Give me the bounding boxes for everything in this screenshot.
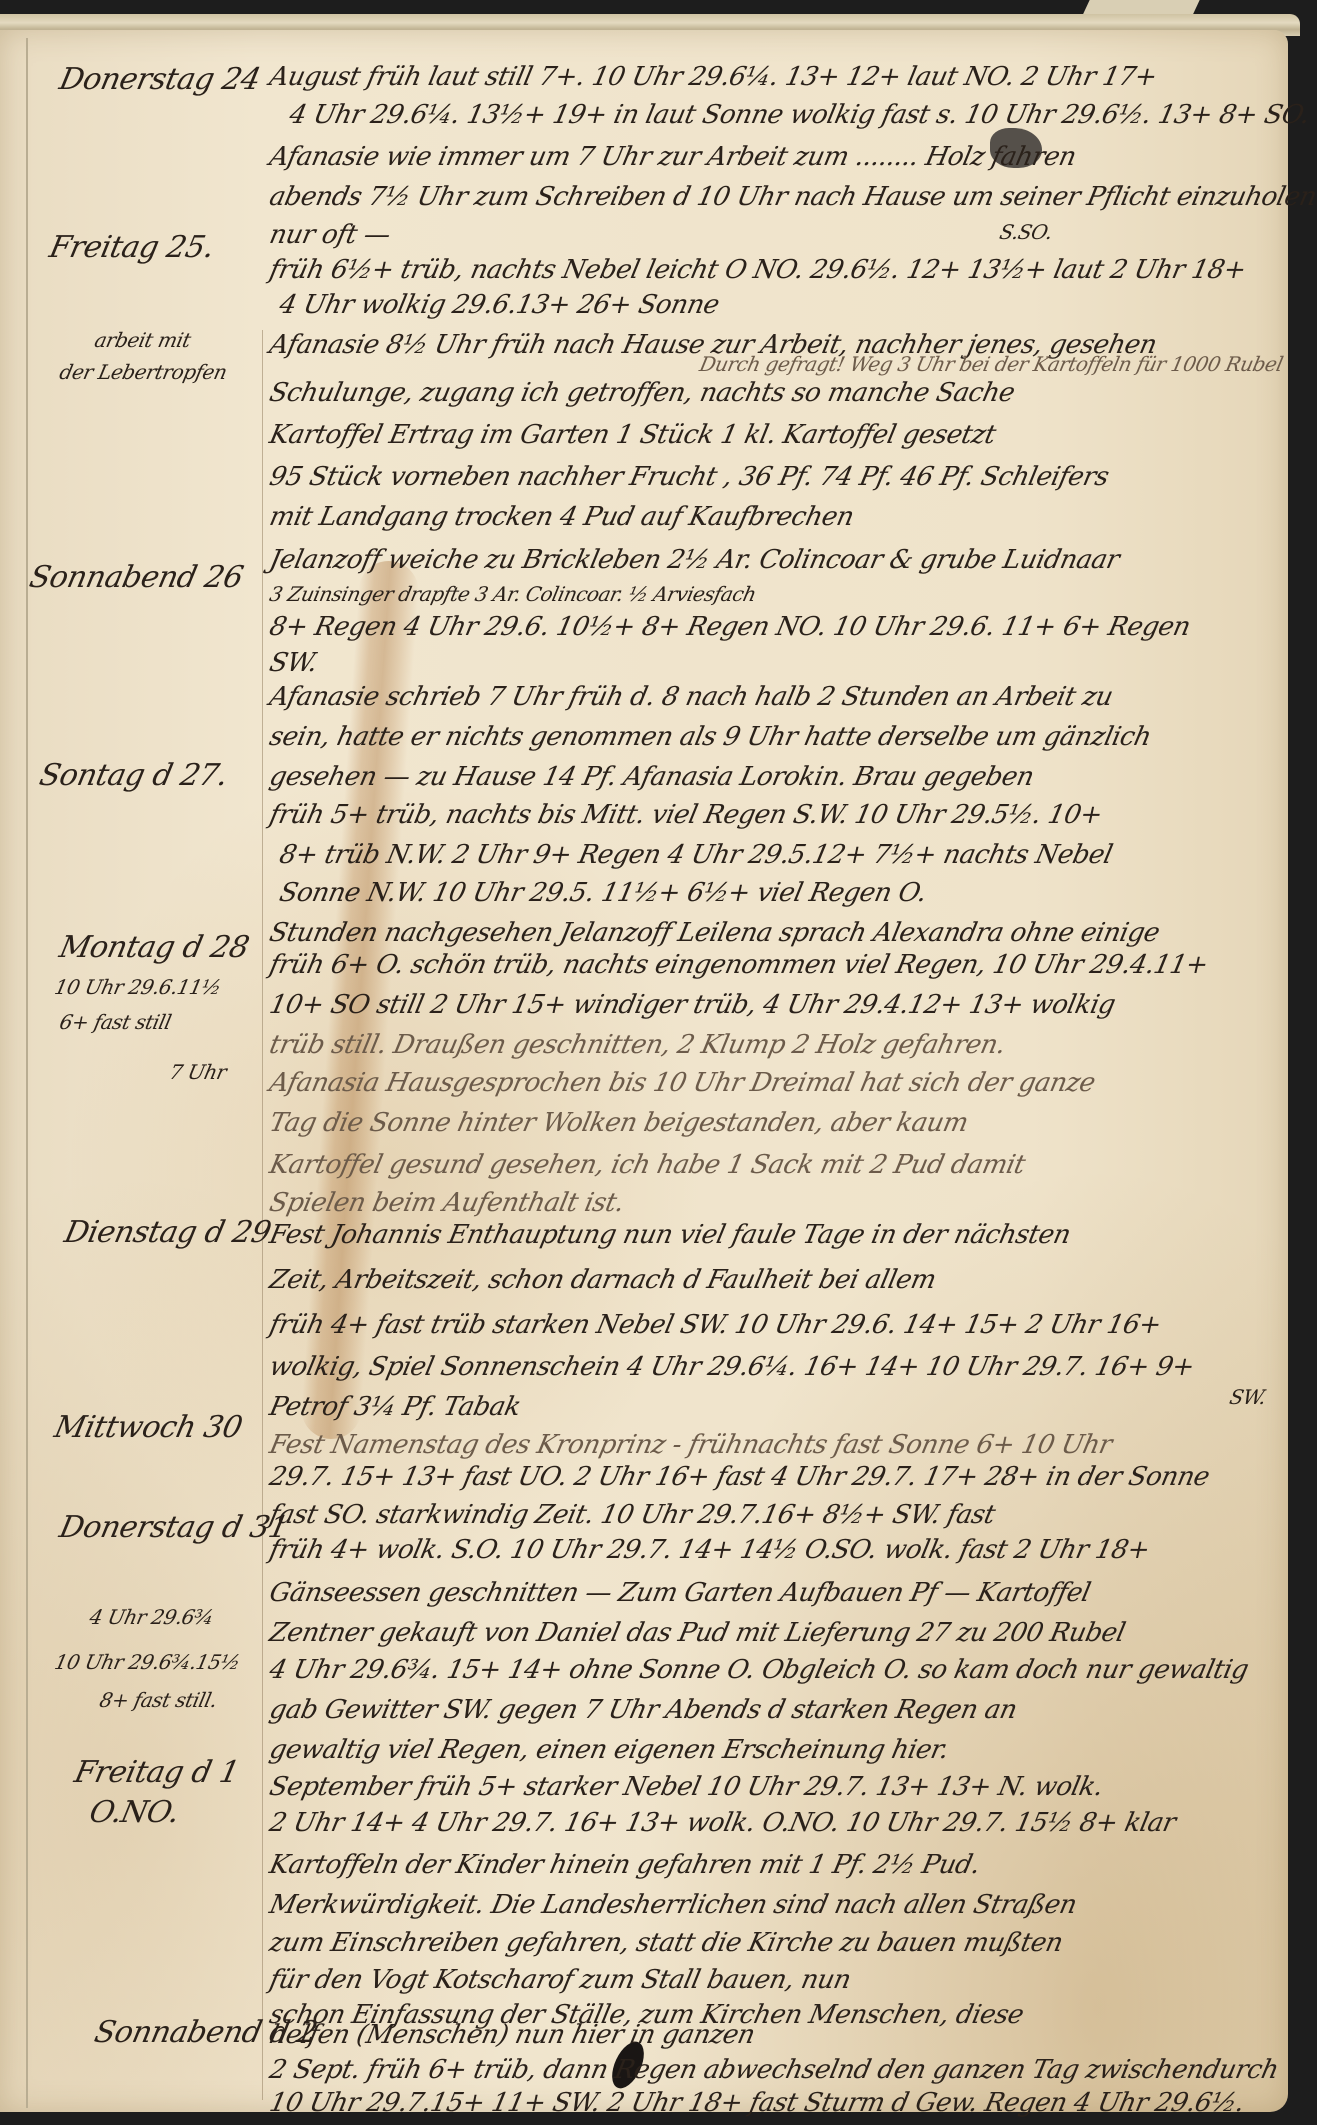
entry-line: früh 5+ trüb, nachts bis Mitt. viel Rege… bbox=[267, 800, 1105, 830]
entry-line: gewaltig viel Regen, einen eigenen Ersch… bbox=[267, 1735, 951, 1765]
margin-note: der Lebertropfen bbox=[57, 360, 229, 384]
entry-line: Sonne N.W. 10 Uhr 29.5. 11½+ 6½+ viel Re… bbox=[277, 878, 929, 908]
margin-date: Montag d 28 bbox=[56, 930, 252, 965]
entry-line: Merkwürdigkeit. Die Landesherrlichen sin… bbox=[267, 1890, 1079, 1920]
margin-date: O.NO. bbox=[86, 1795, 182, 1830]
margin-note: arbeit mit bbox=[92, 328, 192, 352]
entry-line: 4 Uhr 29.6¼. 13½+ 19+ in laut Sonne wolk… bbox=[287, 100, 1313, 130]
entry-line: Kartoffel gesund gesehen, ich habe 1 Sac… bbox=[267, 1150, 1028, 1180]
entry-note: SW. bbox=[1227, 1385, 1268, 1409]
margin-date: Dienstag d 29 bbox=[61, 1215, 274, 1250]
entry-line: sein, hatte er nichts genommen als 9 Uhr… bbox=[267, 722, 1154, 752]
entry-line: Fest Johannis Enthauptung nun viel faule… bbox=[267, 1220, 1073, 1250]
margin-date: Sonnabend 26 bbox=[26, 560, 246, 595]
entry-line: 2 Uhr 14+ 4 Uhr 29.7. 16+ 13+ wolk. O.NO… bbox=[267, 1808, 1178, 1838]
entry-line: Jelanzoff weiche zu Brickleben 2½ Ar. Co… bbox=[267, 545, 1122, 575]
entry-line: Kartoffeln der Kinder hinein gefahren mi… bbox=[267, 1850, 983, 1880]
entry-line: Zentner gekauft von Daniel das Pud mit L… bbox=[267, 1618, 1128, 1648]
entry-line: früh 4+ fast trüb starken Nebel SW. 10 U… bbox=[267, 1310, 1164, 1340]
entry-line: gab Gewitter SW. gegen 7 Uhr Abends d st… bbox=[267, 1695, 1020, 1725]
entry-line: Gänseessen geschnitten — Zum Garten Aufb… bbox=[267, 1578, 1093, 1608]
margin-date: Mittwoch 30 bbox=[51, 1410, 245, 1445]
entry-line: Zeit, Arbeitszeit, schon darnach d Faulh… bbox=[267, 1265, 939, 1295]
margin-note: 10 Uhr 29.6¾.15½ bbox=[52, 1650, 242, 1674]
entry-line: gesehen — zu Hause 14 Pf. Afanasia Lorok… bbox=[267, 762, 1037, 792]
entry-line: mit Landgang trocken 4 Pud auf Kaufbrech… bbox=[267, 502, 857, 532]
entry-line: 95 Stück vorneben nachher Frucht , 36 Pf… bbox=[267, 462, 1112, 492]
margin-date: Freitag 25. bbox=[46, 230, 217, 265]
margin-note: 4 Uhr 29.6¾ bbox=[87, 1605, 215, 1629]
entry-line: früh 6+ O. schön trüb, nachts eingenomme… bbox=[267, 950, 1211, 980]
entry-line: 4 Uhr wolkig 29.6.13+ 26+ Sonne bbox=[277, 290, 722, 320]
entry-line: fast SO. starkwindig Zeit. 10 Uhr 29.7.1… bbox=[267, 1500, 998, 1530]
entry-line: wolkig, Spiel Sonnenschein 4 Uhr 29.6¼. … bbox=[267, 1352, 1197, 1382]
margin-note: 10 Uhr 29.6.11½ bbox=[52, 975, 223, 999]
entry-line: Kartoffel Ertrag im Garten 1 Stück 1 kl.… bbox=[267, 420, 998, 450]
entry-line: September früh 5+ starker Nebel 10 Uhr 2… bbox=[267, 1772, 1106, 1802]
margin-date: Sontag d 27. bbox=[36, 758, 231, 793]
margin-note: 8+ fast still. bbox=[97, 1688, 219, 1712]
entry-line: 8+ trüb N.W. 2 Uhr 9+ Regen 4 Uhr 29.5.1… bbox=[277, 840, 1115, 870]
entry-line: zum Einschreiben gefahren, statt die Kir… bbox=[267, 1928, 1066, 1958]
entry-line: früh 6½+ trüb, nachts Nebel leicht O NO.… bbox=[267, 255, 1249, 285]
entry-line: Tag die Sonne hinter Wolken beigestanden… bbox=[267, 1108, 971, 1138]
entry-line: 10 Uhr 29.7.15+ 11+ SW. 2 Uhr 18+ fast S… bbox=[267, 2088, 1247, 2118]
entry-line: 3 Zuinsinger drapfte 3 Ar. Colincoar. ½ … bbox=[267, 582, 758, 606]
entry-line: Fest Namenstag des Kronprinz - frühnacht… bbox=[267, 1430, 1115, 1460]
entry-line: früh 4+ wolk. S.O. 10 Uhr 29.7. 14+ 14½ … bbox=[267, 1535, 1152, 1565]
entry-note: Durch gefragt! Weg 3 Uhr bei der Kartoff… bbox=[697, 352, 1285, 376]
entry-line: Schulunge, zugang ich getroffen, nachts … bbox=[267, 378, 1017, 408]
entry-line: helfen (Menschen) nun hier in ganzen bbox=[267, 2020, 758, 2050]
margin-note: 6+ fast still bbox=[57, 1010, 173, 1034]
entry-line: Petrof 3¼ Pf. Tabak bbox=[267, 1392, 523, 1422]
entry-line: 4 Uhr 29.6¾. 15+ 14+ ohne Sonne O. Obgle… bbox=[267, 1655, 1251, 1685]
entry-note: S.SO. bbox=[997, 220, 1054, 244]
entry-line: abends 7½ Uhr zum Schreiben d 10 Uhr nac… bbox=[267, 182, 1317, 212]
margin-note: 7 Uhr bbox=[167, 1060, 228, 1084]
entry-line: 8+ Regen 4 Uhr 29.6. 10½+ 8+ Regen NO. 1… bbox=[267, 612, 1193, 642]
entry-line: nur oft — bbox=[267, 220, 393, 250]
entry-line: für den Vogt Kotscharof zum Stall bauen,… bbox=[267, 1965, 854, 1995]
entry-line: Afanasie wie immer um 7 Uhr zur Arbeit z… bbox=[267, 142, 1079, 172]
entry-line: Afanasie schrieb 7 Uhr früh d. 8 nach ha… bbox=[267, 682, 1116, 712]
margin-date: Donerstag d 31 bbox=[56, 1510, 291, 1545]
binding-line bbox=[26, 38, 28, 2108]
entry-line: SW. bbox=[267, 648, 320, 678]
entry-line: trüb still. Draußen geschnitten, 2 Klump… bbox=[267, 1030, 1008, 1060]
margin-date: Donerstag 24 bbox=[56, 62, 263, 97]
entry-line: Stunden nachgesehen Jelanzoff Leilena sp… bbox=[267, 918, 1162, 948]
entry-line: Afanasia Hausgesprochen bis 10 Uhr Dreim… bbox=[267, 1068, 1098, 1098]
margin-date: Freitag d 1 bbox=[71, 1755, 242, 1790]
entry-line: August früh laut still 7+. 10 Uhr 29.6¼.… bbox=[267, 62, 1160, 92]
entry-line: 10+ SO still 2 Uhr 15+ windiger trüb, 4 … bbox=[267, 990, 1118, 1020]
entry-line: 29.7. 15+ 13+ fast UO. 2 Uhr 16+ fast 4 … bbox=[267, 1462, 1212, 1492]
entry-line: Spielen beim Aufenthalt ist. bbox=[267, 1188, 627, 1218]
entry-line: 2 Sept. früh 6+ trüb, dann Regen abwechs… bbox=[267, 2055, 1281, 2085]
